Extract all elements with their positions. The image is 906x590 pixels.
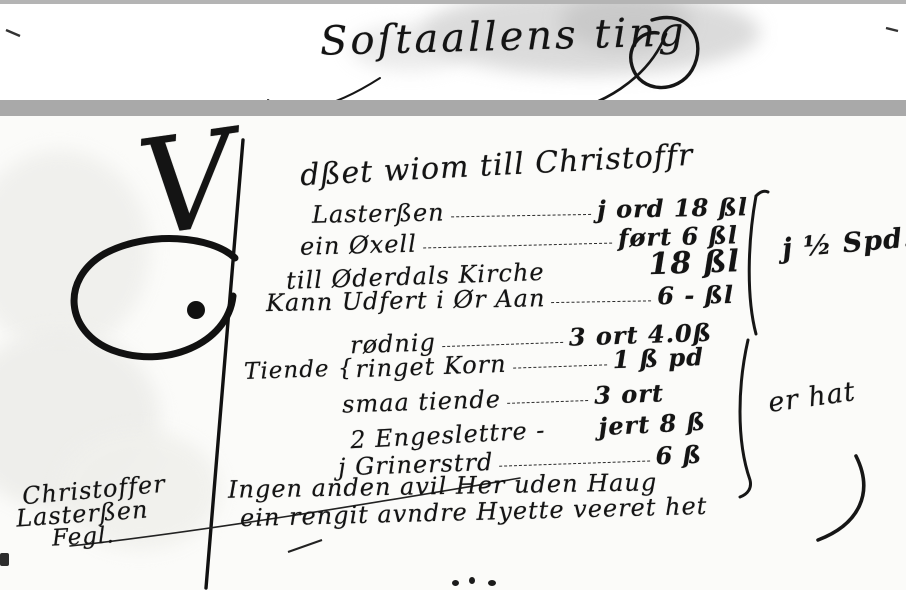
leader-line [507,400,588,404]
page-title: Soſtaallens ting [319,9,687,65]
leader-line [451,214,591,217]
row-prefix: Tiende { [244,355,354,385]
row-amount: jert 8 ß [598,407,707,442]
ink-speck [469,577,475,584]
row-label: ringet Korn [355,350,507,383]
manuscript-scan: Soſtaallens ting V dßet wiom till Christ… [0,0,906,590]
leader-line [551,273,643,276]
leader-line [551,300,651,303]
leader-line [552,433,593,435]
row-amount: j ord 18 ßl [597,192,748,224]
row-amount: 6 ß [655,440,702,471]
stray-stroke [886,28,898,31]
leader-line [513,364,607,368]
row-amount: 3 ort [594,378,665,409]
row-amount: 1 ß pd [612,342,704,374]
margin-note: Fegl. [51,522,115,551]
ink-speck [488,580,496,586]
row-label: smaa tiende [342,385,502,419]
row-amount: 18 ßl [648,244,741,282]
scan-edge-strip [0,0,906,4]
leader-line [442,342,563,347]
leader-line [499,460,649,466]
ink-speck [452,580,459,586]
ornate-initial: V [131,112,245,256]
row-label: Lasterßen [312,198,445,228]
row-label: Kann Udfert i Ør Aan [266,284,546,317]
leader-line [423,243,612,249]
row-amount: 6 - ßl [657,280,734,310]
stray-stroke [6,30,20,36]
scan-edge-blot [0,553,9,566]
